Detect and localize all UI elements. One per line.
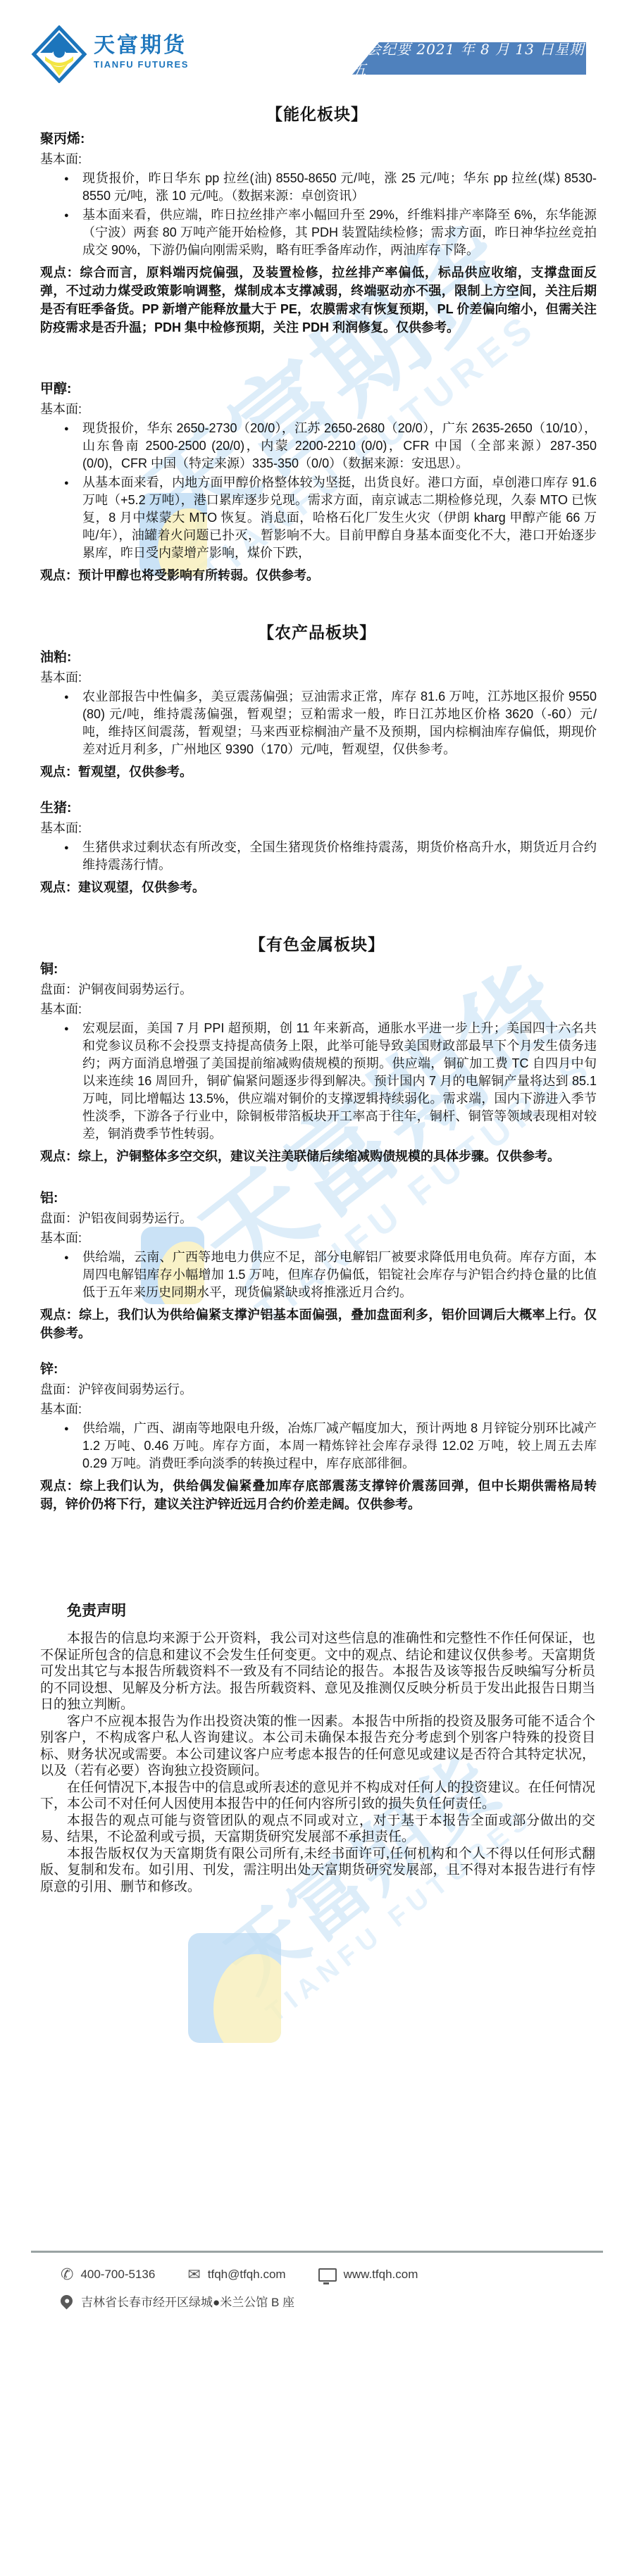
disclaimer-paragraph: 本报告版权仅为天富期货有限公司所有,未经书面许可,任何机构和个人不得以任何形式翻… [40,1846,595,1896]
website-url: www.tfqh.com [344,2268,418,2282]
website-icon [318,2268,337,2282]
viewpoint-text: 观点：预计甲醇也将受影响有所转弱。仅供参考。 [40,566,597,584]
commodity-name: 生猪: [40,799,595,818]
location-icon [58,2292,75,2309]
footer-divider [31,2251,603,2253]
commodity-name: 铜: [40,961,595,979]
fundamental-bullet: 现货报价，昨日华东 pp 拉丝(油) 8550-8650 元/吨，涨 25 元/… [82,170,597,205]
section-title: 【能化板块】 [0,101,634,125]
fundamental-bullet: 现货报价，华东 2650-2730（20/0），江苏 2650-2680（20/… [82,420,597,473]
fundamentals-list: 农业部报告中性偏多，美豆震荡偏强；豆油需求正常，库存 81.6 万吨，江苏地区报… [40,688,597,758]
viewpoint-text: 观点：暂观望，仅供参考。 [40,763,597,781]
phone-icon: ✆ [61,2267,73,2282]
section-energy-chemicals: 【能化板块】 聚丙烯: 基本面: 现货报价，昨日华东 pp 拉丝(油) 8550… [0,101,634,584]
fundamental-bullet: 农业部报告中性偏多，美豆震荡偏强；豆油需求正常，库存 81.6 万吨，江苏地区报… [82,688,597,758]
disclaimer-paragraph: 客户不应视本报告为作出投资决策的惟一因素。本报告中所指的投资及服务可能不适合个别… [40,1713,595,1780]
board-summary: 盘面：沪铜夜间弱势运行。 [40,980,595,999]
commodity-name: 甲醇: [40,380,595,399]
commodity-methanol: 甲醇: 基本面: 现货报价，华东 2650-2730（20/0），江苏 2650… [0,380,634,584]
viewpoint-text: 观点：综上，我们认为供给偏紧支撑沪铝基本面偏强，叠加盘面利多，铝价回调后大概率上… [40,1306,597,1342]
email-icon: ✉ [187,2267,200,2282]
date-banner: 晨会纪要 2021 年 8 月 13 日星期五 [352,42,586,75]
fundamentals-list: 现货报价，昨日华东 pp 拉丝(油) 8550-8650 元/吨，涨 25 元/… [40,170,597,259]
fundamentals-label: 基本面: [40,819,595,837]
website-item: www.tfqh.com [318,2268,418,2282]
viewpoint-text: 观点：综上，沪铜整体多空交织，建议关注美联储后续缩减购债规模的具体步骤。仅供参考… [40,1147,597,1165]
fundamentals-list: 生猪供求过剩状态有所改变，全国生猪现货价格维持震荡，期货价格高升水，期货近月合约… [40,839,597,874]
commodity-name: 聚丙烯: [40,130,595,149]
email-address: tfqh@tfqh.com [208,2268,286,2282]
commodity-name: 油粕: [40,649,595,667]
phone-number: 400-700-5136 [80,2268,155,2282]
section-nonferrous-metals: 【有色金属板块】 铜: 盘面：沪铜夜间弱势运行。 基本面: 宏观层面，美国 7 … [0,932,634,1513]
section-agricultural: 【农产品板块】 油粕: 基本面: 农业部报告中性偏多，美豆震荡偏强；豆油需求正常… [0,620,634,896]
commodity-name: 锌: [40,1361,595,1379]
fundamentals-list: 现货报价，华东 2650-2730（20/0），江苏 2650-2680（20/… [40,420,597,562]
brand-name-cn: 天富期货 [94,35,189,56]
company-address: 吉林省长春市经开区绿城●米兰公馆 B 座 [81,2292,294,2310]
fundamental-bullet: 宏观层面，美国 7 月 PPI 超预期，创 11 年来新高，通胀水平进一步上升；… [82,1020,597,1143]
commodity-polypropylene: 聚丙烯: 基本面: 现货报价，昨日华东 pp 拉丝(油) 8550-8650 元… [0,130,634,337]
disclaimer-paragraph: 本报告的观点可能与资管团队的观点不同或对立，对于基于本报告全面或部分做出的交易、… [40,1813,595,1846]
fundamentals-label: 基本面: [40,150,595,168]
report-page: 天富期货 TIANFU FUTURES 天富期货 TIANFU FUTURES … [0,0,634,2576]
brand-name-en: TIANFU FUTURES [94,59,189,70]
address-item: 吉林省长春市经开区绿城●米兰公馆 B 座 [61,2292,294,2310]
commodity-copper: 铜: 盘面：沪铜夜间弱势运行。 基本面: 宏观层面，美国 7 月 PPI 超预期… [0,961,634,1165]
section-title: 【有色金属板块】 [0,932,634,955]
fundamentals-list: 供给端，云南、广西等地电力供应不足，部分电解铝厂被要求降低用电负荷。库存方面，本… [40,1249,597,1301]
fundamentals-list: 供给端，广西、湖南等地限电升级，冶炼厂减产幅度加大，预计两地 8 月锌锭分别环比… [40,1420,597,1473]
viewpoint-text: 观点：综上我们认为，供给偶发偏紧叠加库存底部震荡支撑锌价震荡回弹，但中长期供需格… [40,1477,597,1513]
commodity-name: 铝: [40,1189,595,1208]
fundamentals-label: 基本面: [40,1400,595,1418]
disclaimer-section: 免责声明 本报告的信息均来源于公开资料，我公司对这些信息的准确性和完整性不作任何… [0,1599,634,1895]
disclaimer-paragraph: 在任何情况下,本报告中的信息或所表述的意见并不构成对任何人的投资建议。在任何情况… [40,1780,595,1813]
disclaimer-paragraph: 本报告的信息均来源于公开资料，我公司对这些信息的准确性和完整性不作任何保证，也不… [40,1630,595,1713]
email-item: ✉ tfqh@tfqh.com [187,2267,285,2282]
company-logo: 天富期货 TIANFU FUTURES [31,25,189,87]
fundamentals-list: 宏观层面，美国 7 月 PPI 超预期，创 11 年来新高，通胀水平进一步上升；… [40,1020,597,1143]
footer-contact-row: ✆ 400-700-5136 ✉ tfqh@tfqh.com www.tfqh.… [61,2267,634,2282]
phone-item: ✆ 400-700-5136 [61,2267,155,2282]
commodity-zinc: 锌: 盘面：沪锌夜间弱势运行。 基本面: 供给端，广西、湖南等地限电升级，冶炼厂… [0,1361,634,1513]
section-title: 【农产品板块】 [0,620,634,643]
board-summary: 盘面：沪锌夜间弱势运行。 [40,1380,595,1399]
board-summary: 盘面：沪铝夜间弱势运行。 [40,1209,595,1227]
fundamentals-label: 基本面: [40,1000,595,1018]
contact-footer: ✆ 400-700-5136 ✉ tfqh@tfqh.com www.tfqh.… [0,2251,634,2310]
fundamental-bullet: 供给端，云南、广西等地电力供应不足，部分电解铝厂被要求降低用电负荷。库存方面，本… [82,1249,597,1301]
commodity-aluminum: 铝: 盘面：沪铝夜间弱势运行。 基本面: 供给端，云南、广西等地电力供应不足，部… [0,1189,634,1342]
fundamental-bullet: 基本面来看，供应端，昨日拉丝排产率小幅回升至 29%，纤维料排产率降至 6%，东… [82,206,597,259]
fundamental-bullet: 生猪供求过剩状态有所改变，全国生猪现货价格维持震荡，期货价格高升水，期货近月合约… [82,839,597,874]
commodity-live-hogs: 生猪: 基本面: 生猪供求过剩状态有所改变，全国生猪现货价格维持震荡，期货价格高… [0,799,634,896]
fundamentals-label: 基本面: [40,400,595,418]
watermark-logo-icon [188,1933,281,2043]
viewpoint-text: 观点：建议观望，仅供参考。 [40,878,597,896]
viewpoint-text: 观点：综合而言，原料端丙烷偏强，及装置检修，拉丝排产率偏低，标品供应收缩，支撑盘… [40,263,597,337]
commodity-oils-meal: 油粕: 基本面: 农业部报告中性偏多，美豆震荡偏强；豆油需求正常，库存 81.6… [0,649,634,781]
report-header: 天富期货 TIANFU FUTURES 晨会纪要 2021 年 8 月 13 日… [0,0,634,90]
fundamental-bullet: 从基本面来看，内地方面甲醇价格整体较为坚挺，出货良好。港口方面，卓创港口库存 9… [82,474,597,562]
fundamental-bullet: 供给端，广西、湖南等地限电升级，冶炼厂减产幅度加大，预计两地 8 月锌锭分别环比… [82,1420,597,1473]
fundamentals-label: 基本面: [40,668,595,687]
tianfu-logo-icon [31,25,87,87]
disclaimer-title: 免责声明 [67,1599,595,1620]
fundamentals-label: 基本面: [40,1229,595,1247]
footer-address-row: 吉林省长春市经开区绿城●米兰公馆 B 座 [61,2292,634,2310]
banner-title: 晨会纪要 2021 年 8 月 13 日星期五 [352,38,586,79]
